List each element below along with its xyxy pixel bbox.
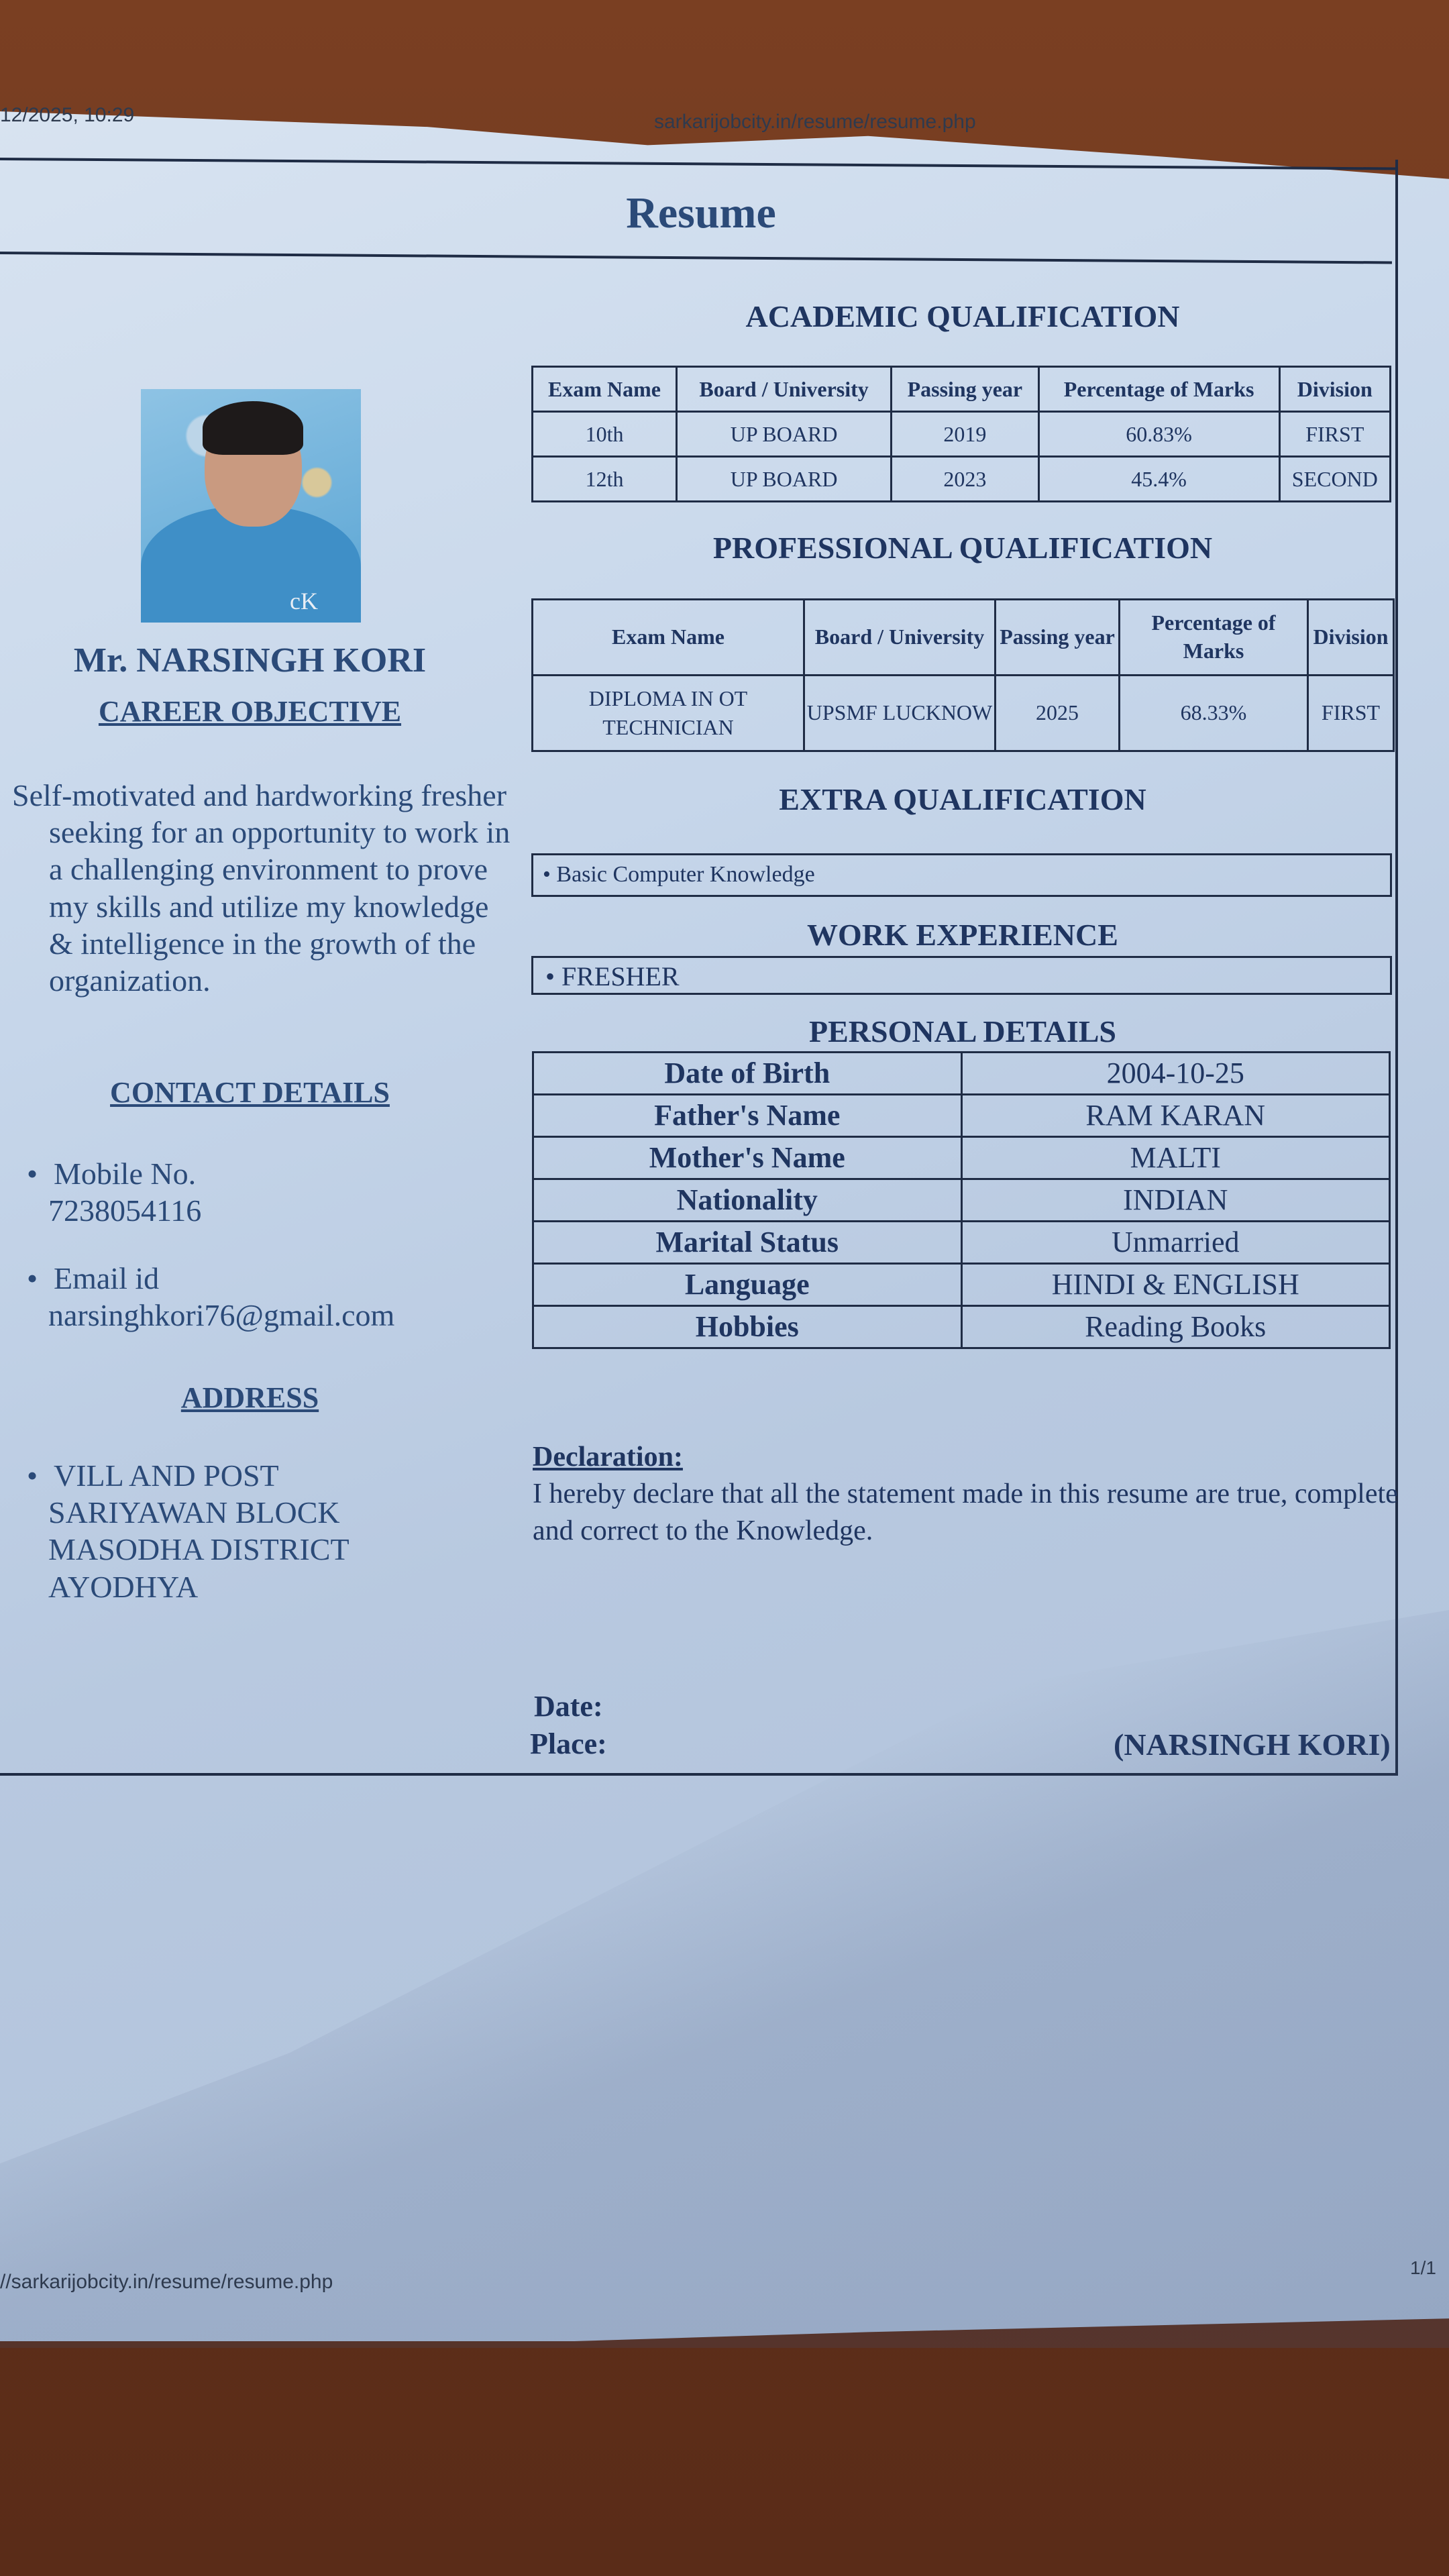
contact-email: •Email id narsinghkori76@gmail.com bbox=[27, 1260, 496, 1334]
shirt-logo: cK bbox=[290, 587, 318, 615]
field-value: HINDI & ENGLISH bbox=[961, 1264, 1390, 1306]
email-label: Email id bbox=[54, 1261, 159, 1295]
personal-details-heading: PERSONAL DETAILS bbox=[530, 1014, 1395, 1049]
photo-hair bbox=[203, 401, 303, 455]
academic-heading: ACADEMIC QUALIFICATION bbox=[530, 299, 1395, 334]
field-value: 2004-10-25 bbox=[961, 1053, 1390, 1095]
table-cell: UP BOARD bbox=[677, 412, 892, 457]
table-row: DIPLOMA IN OT TECHNICIAN UPSMF LUCKNOW 2… bbox=[533, 676, 1394, 751]
bullet-icon: • bbox=[27, 1155, 54, 1192]
table-cell: 60.83% bbox=[1038, 412, 1279, 457]
field-value: INDIAN bbox=[961, 1179, 1390, 1222]
academic-table: Exam Name Board / University Passing yea… bbox=[531, 366, 1391, 502]
address-line: MASODHA DISTRICT bbox=[27, 1531, 496, 1568]
field-value: Reading Books bbox=[961, 1306, 1390, 1348]
column-header: Division bbox=[1308, 600, 1394, 676]
column-header: Exam Name bbox=[533, 367, 677, 412]
table-cell: SECOND bbox=[1279, 457, 1390, 502]
field-label: Mother's Name bbox=[533, 1137, 962, 1179]
table-cell: UP BOARD bbox=[677, 457, 892, 502]
print-footer-url: //sarkarijobcity.in/resume/resume.php bbox=[0, 2271, 333, 2294]
career-objective-text: Self-motivated and hardworking fresher s… bbox=[12, 777, 519, 999]
print-header-url: sarkarijobcity.in/resume/resume.php bbox=[654, 111, 976, 133]
bullet-icon: • bbox=[27, 1260, 54, 1297]
contact-details-heading: CONTACT DETAILS bbox=[0, 1075, 500, 1110]
extra-qualification-heading: EXTRA QUALIFICATION bbox=[530, 782, 1395, 817]
professional-table: Exam Name Board / University Passing yea… bbox=[531, 598, 1395, 752]
field-label: Language bbox=[533, 1264, 962, 1306]
address-line: VILL AND POST bbox=[54, 1458, 279, 1493]
page-number: 1/1 bbox=[1410, 2257, 1436, 2279]
address-line: AYODHYA bbox=[27, 1568, 496, 1605]
work-experience-box: • FRESHER bbox=[531, 956, 1392, 995]
email-address: narsinghkori76@gmail.com bbox=[27, 1297, 496, 1334]
field-label: Nationality bbox=[533, 1179, 962, 1222]
table-header-row: Exam Name Board / University Passing yea… bbox=[533, 600, 1394, 676]
column-header: Percentage of Marks bbox=[1120, 600, 1308, 676]
personal-details-table: Date of Birth2004-10-25 Father's NameRAM… bbox=[532, 1051, 1391, 1349]
address-heading: ADDRESS bbox=[0, 1381, 500, 1415]
table-row: HobbiesReading Books bbox=[533, 1306, 1390, 1348]
signature-name: (NARSINGH KORI) bbox=[1114, 1727, 1391, 1762]
table-row: 12th UP BOARD 2023 45.4% SECOND bbox=[533, 457, 1391, 502]
mobile-label: Mobile No. bbox=[54, 1157, 196, 1191]
work-experience-heading: WORK EXPERIENCE bbox=[530, 917, 1395, 953]
candidate-name: Mr. NARSINGH KORI bbox=[0, 641, 500, 680]
field-value: Unmarried bbox=[961, 1222, 1390, 1264]
address-line: SARIYAWAN BLOCK bbox=[27, 1494, 496, 1531]
field-label: Marital Status bbox=[533, 1222, 962, 1264]
column-header: Passing year bbox=[892, 367, 1038, 412]
table-row: Father's NameRAM KARAN bbox=[533, 1095, 1390, 1137]
table-header-row: Exam Name Board / University Passing yea… bbox=[533, 367, 1391, 412]
table-row: LanguageHINDI & ENGLISH bbox=[533, 1264, 1390, 1306]
table-cell: DIPLOMA IN OT TECHNICIAN bbox=[533, 676, 804, 751]
column-header: Passing year bbox=[996, 600, 1120, 676]
column-header: Board / University bbox=[804, 600, 996, 676]
field-value: RAM KARAN bbox=[961, 1095, 1390, 1137]
field-label: Hobbies bbox=[533, 1306, 962, 1348]
profile-photo: cK bbox=[141, 389, 361, 623]
column-header: Exam Name bbox=[533, 600, 804, 676]
table-cell: FIRST bbox=[1279, 412, 1390, 457]
field-value: MALTI bbox=[961, 1137, 1390, 1179]
extra-qualification-box: • Basic Computer Knowledge bbox=[531, 853, 1392, 897]
list-item: • Basic Computer Knowledge bbox=[543, 862, 815, 887]
table-cell: 2019 bbox=[892, 412, 1038, 457]
column-header: Division bbox=[1279, 367, 1390, 412]
field-label: Father's Name bbox=[533, 1095, 962, 1137]
professional-heading: PROFESSIONAL QUALIFICATION bbox=[530, 530, 1395, 566]
list-item: • FRESHER bbox=[545, 961, 680, 991]
place-label: Place: bbox=[530, 1727, 607, 1761]
table-cell: 2023 bbox=[892, 457, 1038, 502]
contact-mobile: •Mobile No. 7238054116 bbox=[27, 1155, 496, 1229]
table-row: 10th UP BOARD 2019 60.83% FIRST bbox=[533, 412, 1391, 457]
table-row: NationalityINDIAN bbox=[533, 1179, 1390, 1222]
declaration-heading: Declaration: bbox=[533, 1441, 683, 1473]
table-cell: FIRST bbox=[1308, 676, 1394, 751]
table-cell: 12th bbox=[533, 457, 677, 502]
print-datetime: 12/2025, 10:29 bbox=[0, 104, 134, 127]
field-label: Date of Birth bbox=[533, 1053, 962, 1095]
table-cell: 45.4% bbox=[1038, 457, 1279, 502]
declaration-text: I hereby declare that all the statement … bbox=[533, 1476, 1398, 1549]
page-title: Resume bbox=[0, 188, 1402, 239]
column-header: Board / University bbox=[677, 367, 892, 412]
table-cell: 10th bbox=[533, 412, 677, 457]
table-row: Mother's NameMALTI bbox=[533, 1137, 1390, 1179]
table-cell: 68.33% bbox=[1120, 676, 1308, 751]
table-cell: UPSMF LUCKNOW bbox=[804, 676, 996, 751]
mobile-number: 7238054116 bbox=[27, 1192, 496, 1229]
column-header: Percentage of Marks bbox=[1038, 367, 1279, 412]
career-objective-heading: CAREER OBJECTIVE bbox=[0, 694, 500, 729]
table-row: Date of Birth2004-10-25 bbox=[533, 1053, 1390, 1095]
bullet-icon: • bbox=[27, 1457, 54, 1494]
table-cell: 2025 bbox=[996, 676, 1120, 751]
address-block: •VILL AND POST SARIYAWAN BLOCK MASODHA D… bbox=[27, 1457, 496, 1605]
date-label: Date: bbox=[534, 1689, 603, 1723]
table-row: Marital StatusUnmarried bbox=[533, 1222, 1390, 1264]
